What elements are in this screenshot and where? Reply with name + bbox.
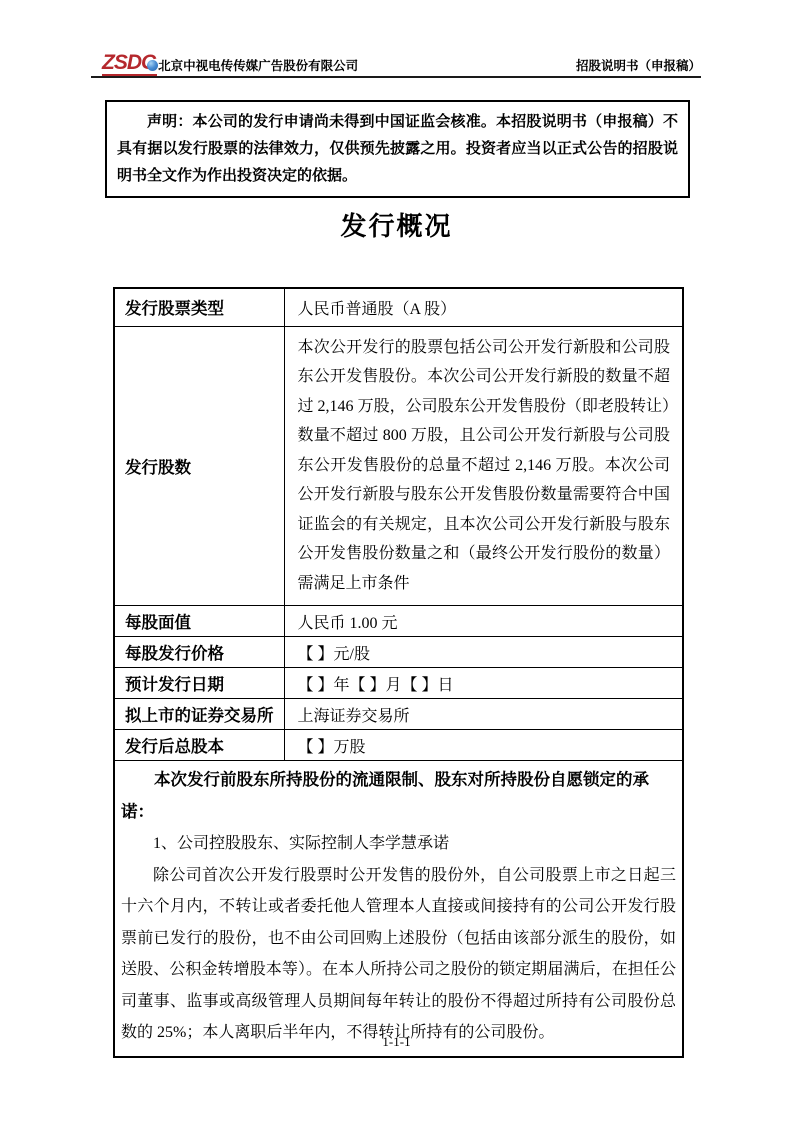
lockup-paragraph: 除公司首次公开发行股票时公开发售的股份外，自公司股票上市之日起三十六个月内，不转… xyxy=(121,860,676,1049)
row-label: 拟上市的证券交易所 xyxy=(114,699,284,730)
page-footer: 1-1-1 xyxy=(0,1034,793,1050)
disclaimer-text: 声明：本公司的发行申请尚未得到中国证监会核准。本招股说明书（申报稿）不具有据以发… xyxy=(117,108,678,189)
company-logo: ZSDC xyxy=(102,52,157,76)
row-value: 上海证券交易所 xyxy=(284,699,683,730)
page-header: ZSDC 北京中视电传传媒广告股份有限公司 招股说明书（申报稿） xyxy=(91,50,701,76)
issue-overview-table: 发行股票类型 人民币普通股（A 股） 发行股数 本次公开发行的股票包括公司公开发… xyxy=(113,287,684,1058)
header-divider xyxy=(91,76,701,78)
lockup-heading: 本次发行前股东所持股份的流通限制、股东对所持股份自愿锁定的承诺： xyxy=(121,765,676,828)
row-label: 发行后总股本 xyxy=(114,730,284,761)
row-label: 发行股票类型 xyxy=(114,288,284,326)
row-label: 预计发行日期 xyxy=(114,668,284,699)
table-row: 预计发行日期 【 】年【 】月【 】日 xyxy=(114,668,683,699)
table-row: 发行股数 本次公开发行的股票包括公司公开发行新股和公司股东公开发售股份。本次公司… xyxy=(114,326,683,606)
row-label: 发行股数 xyxy=(114,326,284,606)
page-title: 发行概况 xyxy=(0,206,793,243)
row-value: 【 】年【 】月【 】日 xyxy=(284,668,683,699)
lockup-item-title: 1、公司控股股东、实际控制人李学慧承诺 xyxy=(121,828,676,860)
table-row: 发行股票类型 人民币普通股（A 股） xyxy=(114,288,683,326)
logo-globe-icon xyxy=(147,60,158,71)
table-row: 发行后总股本 【 】万股 xyxy=(114,730,683,761)
document-type-label: 招股说明书（申报稿） xyxy=(576,56,701,76)
row-label: 每股面值 xyxy=(114,606,284,637)
lockup-commitment-cell: 本次发行前股东所持股份的流通限制、股东对所持股份自愿锁定的承诺： 1、公司控股股… xyxy=(114,761,683,1057)
table-row: 本次发行前股东所持股份的流通限制、股东对所持股份自愿锁定的承诺： 1、公司控股股… xyxy=(114,761,683,1057)
row-value: 【 】万股 xyxy=(284,730,683,761)
disclaimer-box: 声明：本公司的发行申请尚未得到中国证监会核准。本招股说明书（申报稿）不具有据以发… xyxy=(105,100,690,198)
row-value: 【 】元/股 xyxy=(284,637,683,668)
row-label: 每股发行价格 xyxy=(114,637,284,668)
page-number: 1-1-1 xyxy=(382,1034,410,1049)
row-value: 人民币普通股（A 股） xyxy=(284,288,683,326)
row-value: 本次公开发行的股票包括公司公开发行新股和公司股东公开发售股份。本次公司公开发行新… xyxy=(284,326,683,606)
prospectus-page: ZSDC 北京中视电传传媒广告股份有限公司 招股说明书（申报稿） 声明：本公司的… xyxy=(0,0,793,1122)
table-row: 每股发行价格 【 】元/股 xyxy=(114,637,683,668)
company-name: 北京中视电传传媒广告股份有限公司 xyxy=(158,56,358,76)
table-row: 每股面值 人民币 1.00 元 xyxy=(114,606,683,637)
table-row: 拟上市的证券交易所 上海证券交易所 xyxy=(114,699,683,730)
row-value: 人民币 1.00 元 xyxy=(284,606,683,637)
